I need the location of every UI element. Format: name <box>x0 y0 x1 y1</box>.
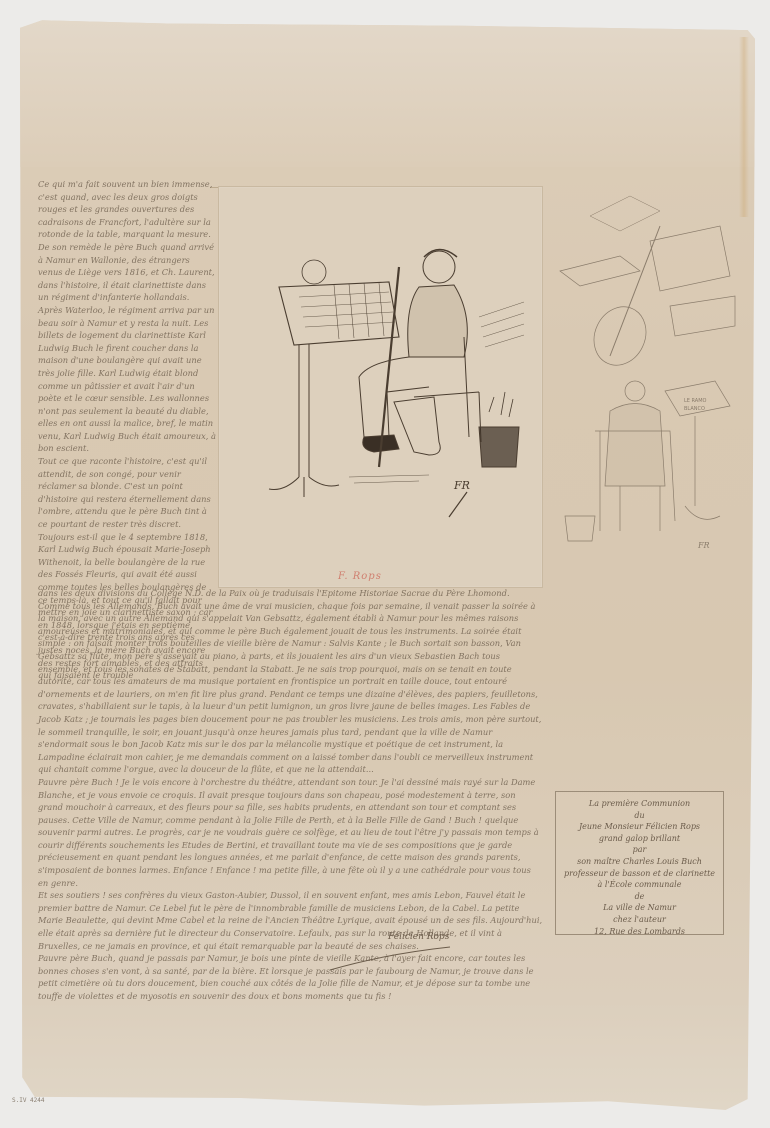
dedication-line: La ville de Namur <box>556 902 723 914</box>
dedication-line: de <box>556 891 723 903</box>
signature-flourish-icon <box>325 944 455 974</box>
dedication-line: Jeune Monsieur Félicien Rops <box>556 821 723 833</box>
svg-text:LE RAMO: LE RAMO <box>684 398 707 404</box>
svg-text:FR: FR <box>697 541 710 550</box>
dedication-box: La première Communion du Jeune Monsieur … <box>555 791 724 935</box>
svg-text:BLANCO: BLANCO <box>684 406 705 412</box>
dedication-line: professeur de basson et de clarinette <box>556 868 723 880</box>
author-signature: Félicien Rops <box>388 932 449 942</box>
dedication-line: du <box>556 810 723 822</box>
dedication-line: à l'École communale <box>556 879 723 891</box>
pencil-sketch-double-bass-icon: LE RAMO BLANCO FR <box>550 186 740 556</box>
dedication-text: La première Communion du Jeune Monsieur … <box>556 798 723 937</box>
etching-seated-man-icon: FR <box>239 227 529 527</box>
dedication-line: 12, Rue des Lombards <box>556 926 723 938</box>
pencil-signature-red: F. Rops <box>338 571 382 582</box>
dedication-line: grand galop brillant <box>556 833 723 845</box>
inventory-mark: S.IV 4244 <box>12 1097 45 1104</box>
manuscript-left-column: Ce qui m'a fait souvent un bien immense,… <box>38 178 216 588</box>
edge-stain <box>739 37 749 217</box>
dedication-line: son maître Charles Louis Buch <box>556 856 723 868</box>
etching-plate: FR <box>218 186 543 588</box>
svg-text:FR: FR <box>453 479 470 492</box>
dedication-line: chez l'auteur <box>556 914 723 926</box>
dedication-line: par <box>556 844 723 856</box>
paper-top-band <box>20 17 755 167</box>
manuscript-bottom-block: dans les deux divisions du Collège N.D. … <box>38 587 543 1003</box>
dedication-line: La première Communion <box>556 798 723 810</box>
